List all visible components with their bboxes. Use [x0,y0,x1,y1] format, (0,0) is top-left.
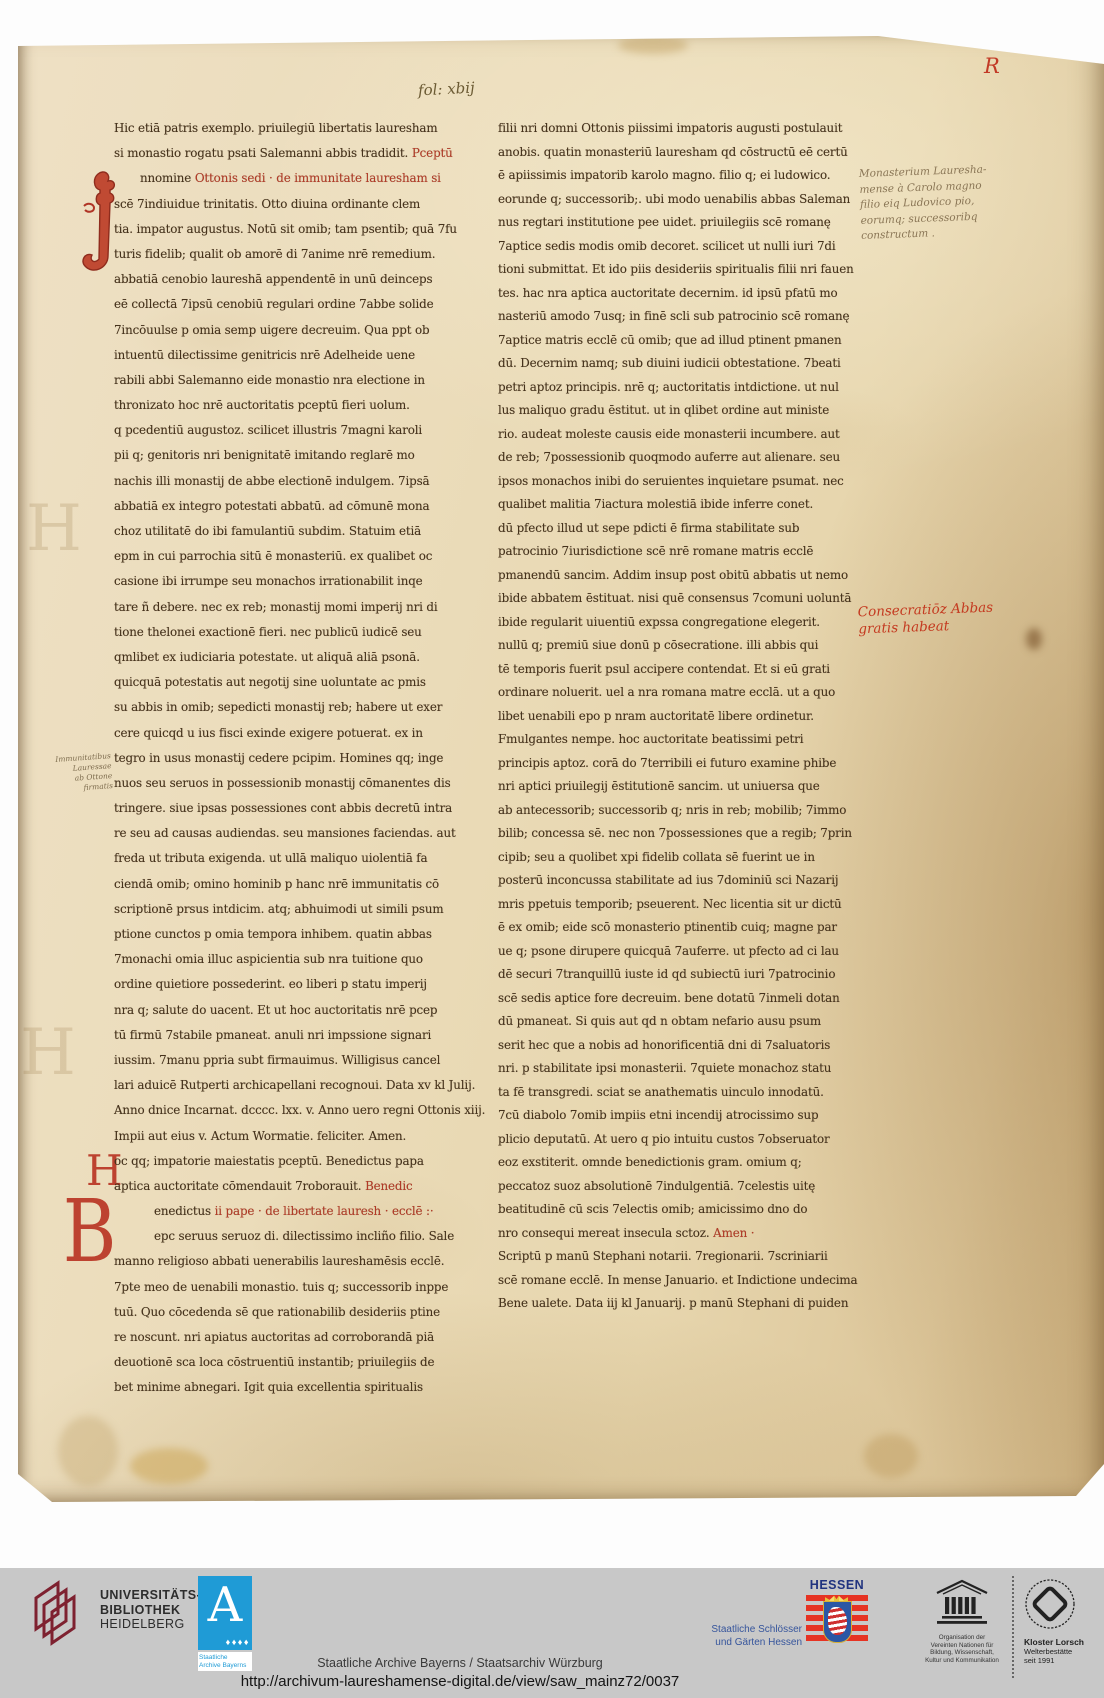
manuscript-line: tione thelonei exactionē fieri. nec publ… [114,625,468,650]
manuscript-line: tē temporis fuerit psul accipere contend… [498,662,864,686]
manuscript-line: plicio deputatū. At uero q pio intuitu c… [498,1132,864,1156]
manuscript-line: scriptionē prsus intdicim. atq; abhuimod… [114,902,468,927]
manuscript-line: ciendā omib; omino hominib p hanc nrē im… [114,877,468,902]
manuscript-line: aptica auctoritate cōmendauit 7roborauit… [114,1179,468,1204]
stain [618,36,688,54]
manuscript-line: ē apiissimis impatorib karolo magno. fil… [498,168,864,192]
manuscript-line: epc seruus seruoz di. dilectissimo incli… [154,1229,468,1254]
manuscript-line: re noscunt. nri apiatus auctoritas ad co… [114,1330,468,1355]
manuscript-line: Fmulgantes nempe. hoc auctoritate beatis… [498,732,864,756]
manuscript-line: nro consequi mereat insecula sctoz. Amen… [498,1226,864,1250]
manuscript-line: Impii aut eius v. Actum Wormatie. felici… [114,1129,468,1154]
note-line: und Gärten Hessen [688,1637,802,1650]
manuscript-line: tia. impator augustus. Notū sit omib; ta… [114,222,468,247]
hessen-flag-icon [806,1595,868,1653]
decorated-initial-b: B [63,1192,117,1272]
left-text-column: Hic etiā patris exemplo. priuilegiū libe… [114,121,468,1406]
manuscript-line: 7pte meo de uenabili monastio. tuis q; s… [114,1280,468,1305]
manuscript-line: eē collectā 7ipsū cenobiū regulari ordin… [114,297,468,322]
manuscript-line: 7cū diabolo 7omib impiis etni incendij a… [498,1108,864,1132]
manuscript-line: nri. p stabilitate ipsi monasterii. 7qui… [498,1061,864,1085]
bayern-a-icon: A ♦♦♦♦ [198,1576,252,1650]
manuscript-line: rio. audeat moleste causis eide monaster… [498,427,864,451]
manuscript-line: beatitudinē cū scis 7electis omib; amici… [498,1202,864,1226]
manuscript-line: ue q; psone dirupere quicquā 7auferre. u… [498,944,864,968]
manuscript-line: ordinare noluerit. uel a nra romana matr… [498,685,864,709]
margin-note-red-rubric: Consecratiōz Abbasgratis habeat [857,600,994,639]
manuscript-line: qmlibet ex iudiciaria potestate. ut aliq… [114,650,468,675]
manuscript-line: deuotionē sca loca cōstruentiū instantib… [114,1355,468,1380]
corner-mark: R [984,54,1000,78]
right-text-column: filii nri domni Ottonis piissimi impator… [498,121,864,1320]
lorsch-line2: Welterbestätte [1024,1647,1096,1656]
manuscript-line: dū. Decernim namq; sub diuini iudicii ob… [498,356,864,380]
ubh-line2: BIBLIOTHEK [100,1603,201,1618]
unesco-caption: Organisation derVereinten Nationen fürBi… [916,1634,1008,1664]
bayern-diamonds-icon: ♦♦♦♦ [226,1637,250,1647]
manuscript-line: q pcedentiū augustoz. scilicet illustris… [114,423,468,448]
manuscript-line: de reb; 7possessionib quoqmodo auferre a… [498,450,864,474]
manuscript-line: lari aduicē Rutperti archicapellani reco… [114,1078,468,1103]
bleedthrough-letter: H [20,1016,76,1090]
manuscript-line: nus regtari institutione pee uidet. priu… [498,215,864,239]
source-url: http://archivum-laureshamense-digital.de… [0,1673,920,1690]
manuscript-line: tū firmū 7stabile pmaneat. anuli nri imp… [114,1028,468,1053]
manuscript-line: dē securi 7tranquillū iuste id qd subiec… [498,967,864,991]
manuscript-line: patrocinio 7iurisdictione scē nrē romane… [498,544,864,568]
manuscript-line: 7aptice sedis modis omib decoret. scilic… [498,239,864,263]
hessen-logo: HESSEN [806,1578,868,1653]
manuscript-line: lus maliquo gradu ēstitut. ut in qlibet … [498,403,864,427]
manuscript-line: enedictus ii pape · de libertate lauresh… [154,1204,468,1229]
ubh-line1: UNIVERSITÄTS- [100,1588,201,1603]
manuscript-line: nuos seu seruos in possessionib monastij… [114,776,468,801]
source-archive: Staatliche Archive Bayerns / Staatsarchi… [0,1656,920,1670]
manuscript-line: ptione cunctos p omia tempora inhibem. q… [114,927,468,952]
manuscript-line: scē sedis aptice fore decreuim. bene dot… [498,991,864,1015]
footer-divider [1012,1576,1014,1678]
manuscript-line: Anno dnice Incarnat. dcccc. lxx. v. Anno… [114,1103,468,1128]
manuscript-line: ibide abbatem ēstituat. nisi quē consens… [498,591,864,615]
lorsch-caption: Kloster Lorsch Welterbestätte seit 1991 [1024,1638,1096,1665]
manuscript-line: petri aptoz principis. nrē q; auctoritat… [498,380,864,404]
manuscript-line: scē 7indiuidue trinitatis. Otto diuina o… [114,197,468,222]
manuscript-line: abbatiā ex integro potestati abbatū. ad … [114,499,468,524]
unesco-temple-icon [934,1578,990,1626]
manuscript-line: anobis. quatin monasteriū lauresham qd c… [498,145,864,169]
margin-note-left-cursive: ImmunitatibusLauressaeab Ottonefirmatis [27,751,114,797]
ubh-line3: HEIDELBERG [100,1617,201,1632]
digitized-manuscript-page: fol: xbij R H H H B Hic etiā patris exem… [0,0,1104,1698]
ubh-logo-text: UNIVERSITÄTS- BIBLIOTHEK HEIDELBERG [100,1588,201,1646]
manuscript-line: mris ppetuis temporib; pseuerent. Nec li… [498,897,864,921]
manuscript-line: cipib; seu a quolibet xpi fidelib collat… [498,850,864,874]
bleedthrough-letter: H [26,492,82,566]
manuscript-line: ab antecessorib; successorib q; nris in … [498,803,864,827]
manuscript-line: tioni submittat. Et ido piis desideriis … [498,262,864,286]
note-line: Organisation der [916,1634,1008,1642]
footer-band: UNIVERSITÄTS- BIBLIOTHEK HEIDELBERG A ♦♦… [0,1568,1104,1698]
ubh-book-icon [24,1576,86,1646]
manuscript-line: pmanendū sancim. Addim insup post obitū … [498,568,864,592]
manuscript-line: rabili abbi Salemanno eide monastio nra … [114,373,468,398]
manuscript-line: quicquā potestatis aut negotij sine uolu… [114,675,468,700]
manuscript-line: thronizato hoc nrē auctoritatis pceptū f… [114,398,468,423]
manuscript-line: nra q; salute do uacent. Et ut hoc aucto… [114,1003,468,1028]
manuscript-line: Scriptū p manū Stephani notarii. 7region… [498,1249,864,1273]
manuscript-line: pii q; genitoris nri benignitatē imitand… [114,448,468,473]
manuscript-line: Bene ualete. Data iij kl Januarij. p man… [498,1296,864,1320]
manuscript-line: ordine quietiore possederint. eo liberi … [114,977,468,1002]
manuscript-line: principis aptoz. corā do 7terribili ei f… [498,756,864,780]
manuscript-line: Hic etiā patris exemplo. priuilegiū libe… [114,121,468,146]
manuscript-line: intuentū dilectissime genitricis nrē Ade… [114,348,468,373]
manuscript-line: tare ñ debere. nec ex reb; monastij momi… [114,600,468,625]
manuscript-line: iussim. 7manu ppria subt firmauimus. Wil… [114,1053,468,1078]
bayern-a-letter: A [198,1576,252,1634]
manuscript-line: si monastio rogatu psati Salemanni abbis… [114,146,468,171]
manuscript-line: nachis illi monastij de abbe electionē i… [114,474,468,499]
stain [58,1416,118,1486]
source-caption: Staatliche Archive Bayerns / Staatsarchi… [0,1656,920,1690]
manuscript-line: 7aptice matris ecclē cū omib; que ad ill… [498,333,864,357]
manuscript-line: nri aptici priuilegij ēstitutionē sancim… [498,779,864,803]
manuscript-line: epm in cui parrochia sitū ē monasteriū. … [114,549,468,574]
note-line: Vereinten Nationen für [916,1642,1008,1650]
stain [864,1434,918,1478]
hessen-shield-icon [823,1601,852,1643]
folio-mark: fol: xbij [418,79,476,100]
manuscript-line: serit hec que a nobis ad honorificentiā … [498,1038,864,1062]
manuscript-line: nasteriū amodo 7usq; in finē scli sub pa… [498,309,864,333]
manuscript-line: eorunde q; successorib;. ubi modo uenabi… [498,192,864,216]
stain [1026,628,1042,650]
manuscript-line: casione ibi irrumpe seu monachos irratio… [114,574,468,599]
manuscript-line: tuū. Quo cōcedenda sē que rationabilib d… [114,1305,468,1330]
manuscript-line: ipsos monachos inibi do seruientes inqui… [498,474,864,498]
margin-note-right-cursive: Monasterium Lauresha-mense à Carolo magn… [859,161,1030,244]
manuscript-line: choz utilitatē do ibi famulantiū subdim.… [114,524,468,549]
manuscript-line: tegro in usus monastij cedere pcipim. Ho… [114,751,468,776]
manuscript-line: re seu ad causas audiendas. seu mansione… [114,826,468,851]
manuscript-line: su abbis in omib; sepedicti monastij reb… [114,700,468,725]
manuscript-line: eoz exstiterit. omnde benedictionis gram… [498,1155,864,1179]
manuscript-line: qualibet malitia 7iactura molestiā ibide… [498,497,864,521]
manuscript-line: ē ex omib; eide scō monasterio ptinentib… [498,920,864,944]
manuscript-line: ibide regularit uiuentiū expssa congrega… [498,615,864,639]
kloster-lorsch-emblem: Kloster Lorsch Welterbestätte seit 1991 [1024,1578,1096,1665]
manuscript-line: libet uenabili epo p nram auctoritatē li… [498,709,864,733]
manuscript-line: ta fē transgredi. sciat se anathematis u… [498,1085,864,1109]
note-line: Kultur und Kommunikation [916,1657,1008,1665]
manuscript-line: posterū inconcussa stabilitate ad ius 7d… [498,873,864,897]
manuscript-line: nnomine Ottonis sedi · de immunitate lau… [140,171,468,196]
manuscript-line: bet minime abnegari. Igit quia excellent… [114,1380,468,1405]
note-line: Staatliche Schlösser [688,1624,802,1637]
welterbe-ring-icon [1024,1578,1076,1630]
stain [130,1448,208,1484]
manuscript-line: nullū q; premiū siue donū p cōsecratione… [498,638,864,662]
manuscript-line: filii nri domni Ottonis piissimi impator… [498,121,864,145]
manuscript-line: freda ut tributa exigenda. ut ullā maliq… [114,851,468,876]
manuscript-line: dū pfecto illud ut sepe pdicti ē firma s… [498,521,864,545]
manuscript-line: scē romane ecclē. In mense Januario. et … [498,1273,864,1297]
manuscript-line: abbatiā cenobio laureshā appendentē in u… [114,272,468,297]
manuscript-line: 7monachi omia illuc aspicientia sub nra … [114,952,468,977]
manuscript-line: bilib; concessa sē. nec non 7possessione… [498,826,864,850]
unesco-logo: Organisation derVereinten Nationen fürBi… [916,1578,1008,1664]
hessen-caption: Staatliche Schlösserund Gärten Hessen [688,1624,802,1649]
lorsch-line1: Kloster Lorsch [1024,1638,1096,1647]
manuscript-line: dū pmaneat. Si quis aut qd n obtam nefar… [498,1014,864,1038]
ub-heidelberg-logo: UNIVERSITÄTS- BIBLIOTHEK HEIDELBERG [24,1576,201,1646]
manuscript-line: 7incōuulse p omia semp uigere decreuim. … [114,323,468,348]
manuscript-line: tes. hac nra aptica auctoritate decernim… [498,286,864,310]
lorsch-line3: seit 1991 [1024,1656,1096,1665]
manuscript-line: peccatoz suoz absolutionē 7indulgentiā. … [498,1179,864,1203]
manuscript-line: manno religioso abbati uenerabilis laure… [114,1254,468,1279]
manuscript-line: turis fidelib; qualit ob amorē di 7anime… [114,247,468,272]
hessen-wordmark: HESSEN [806,1578,868,1592]
manuscript-line: tringere. siue ipsas possessiones cont a… [114,801,468,826]
manuscript-line: cere quicqd u ius fisci exinde exigere p… [114,726,468,751]
note-line: Bildung, Wissenschaft, [916,1649,1008,1657]
manuscript-line: oc qq; impatorie maiestatis pceptū. Bene… [114,1154,468,1179]
